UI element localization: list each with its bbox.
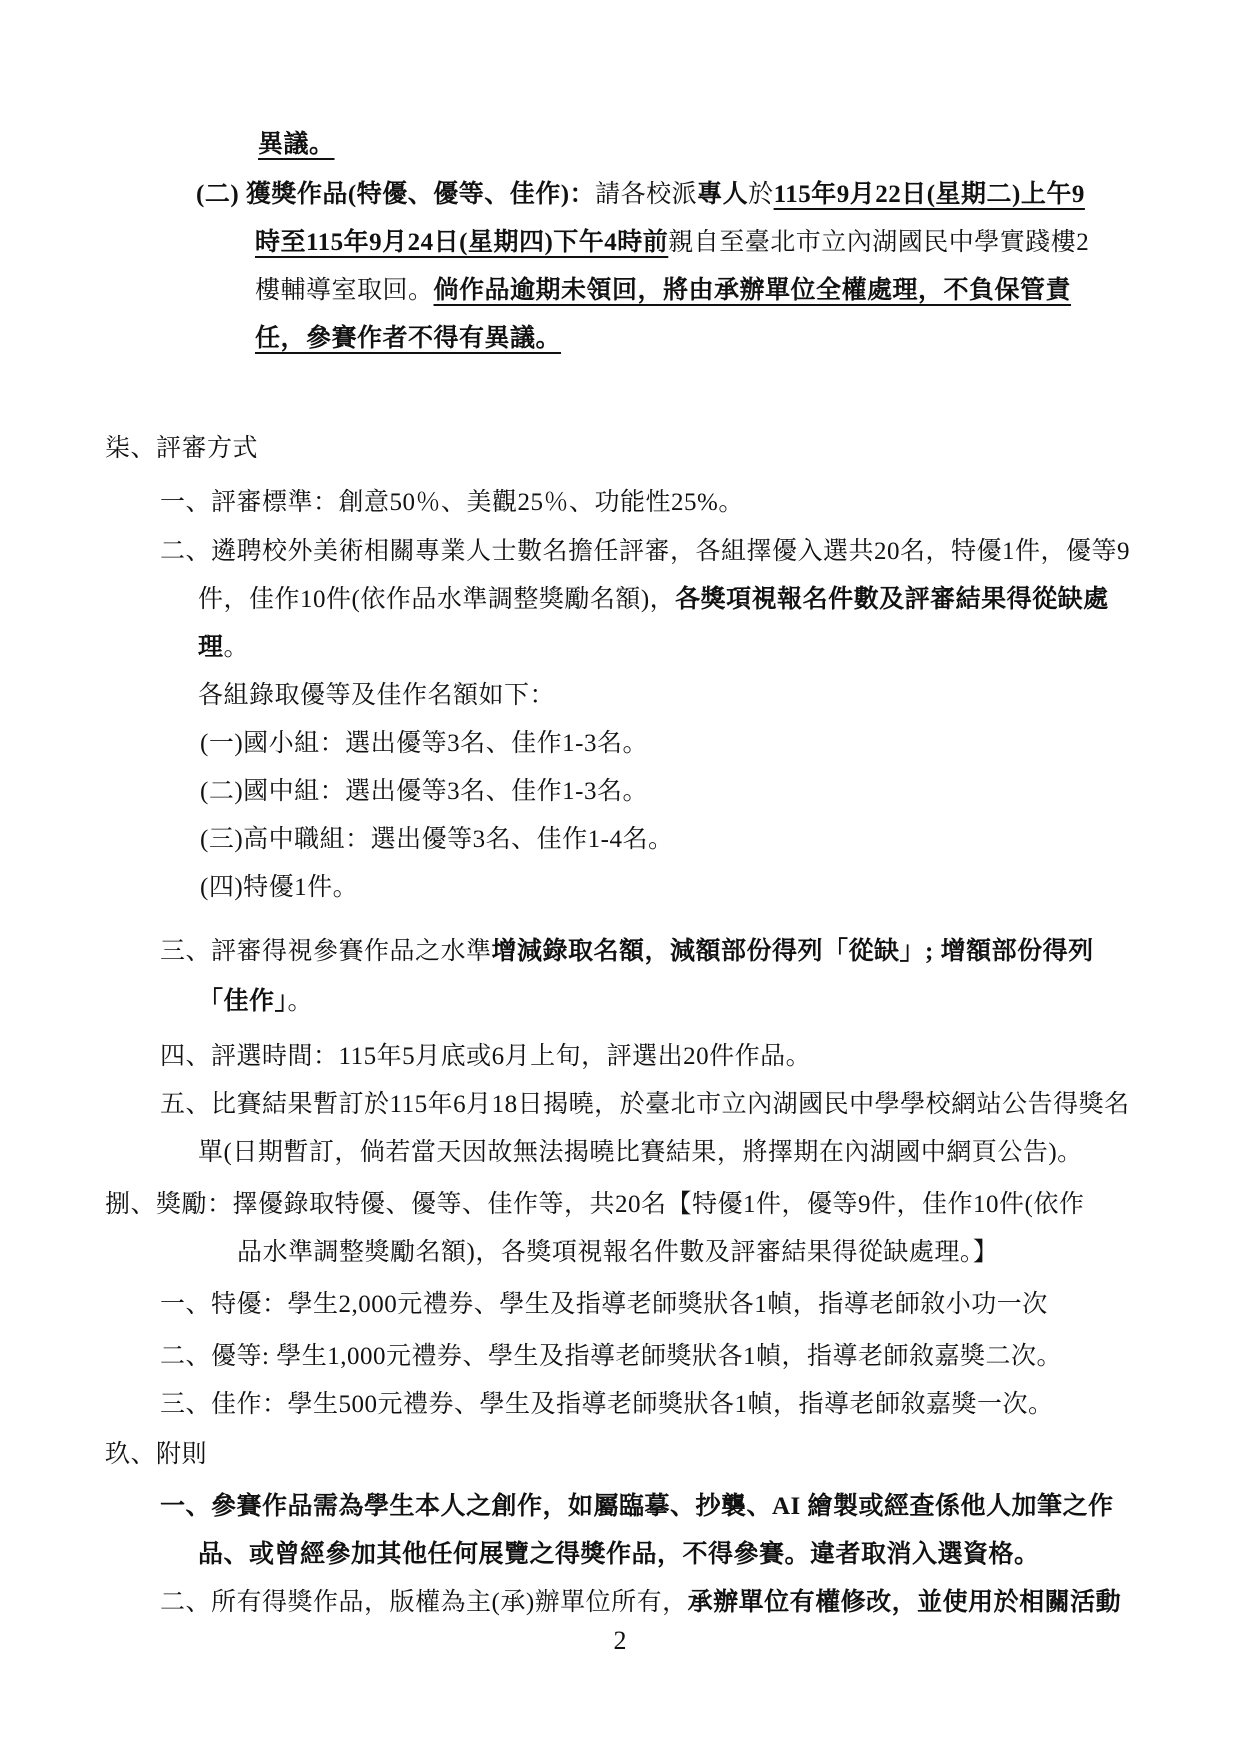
text-segment: 四、評選時間：115年5月底或6月上旬，評選出20件作品。	[160, 1043, 811, 1070]
text-segment: 件，佳作10件(依作品水準調整獎勵名額)，	[198, 586, 675, 613]
line-rule-original-1: 一、參賽作品需為學生本人之創作，如屬臨摹、抄襲、AI 繪製或經查係他人加筆之作	[160, 1490, 1114, 1523]
line-item2-awarded-works-3: 樓輔導室取回。倘作品逾期未領回，將由承辦單位全權處理，不負保管責	[255, 274, 1071, 307]
text-segment: 。	[224, 634, 250, 661]
line-quota-intro: 各組錄取優等及佳作名額如下：	[198, 679, 555, 712]
text-segment: 115年9月22日(星期二)上午9	[774, 181, 1085, 208]
section-7-title: 柒、評審方式	[105, 432, 258, 465]
text-segment: 樓輔導室取回。	[255, 277, 434, 304]
line-item2-awarded-works-4: 任，參賽作者不得有異議。	[255, 322, 561, 355]
text-segment: 一、評審標準：創意50％、美觀25％、功能性25%。	[160, 489, 744, 516]
section-8-title-awards-1: 捌、獎勵：擇優錄取特優、優等、佳作等，共20名【特優1件，優等9件，佳作10件(…	[105, 1188, 1084, 1221]
section-9-title: 玖、附則	[105, 1438, 207, 1471]
text-segment: 親自至臺北市立內湖國民中學實踐樓2	[668, 229, 1089, 256]
text-segment: 二、遴聘校外美術相關專業人士數名擔任評審，各組擇優入選共20名，特優1件，優等9	[160, 538, 1130, 565]
line-adjust-quota-2: 「佳作」。	[198, 985, 313, 1018]
text-segment: 五、比賽結果暫訂於115年6月18日揭曉，於臺北市立內湖國民中學學校網站公告得獎…	[160, 1091, 1130, 1118]
line-adjust-quota-1: 三、評審得視參賽作品之水準增減錄取名額，減額部份得列「從缺」; 增額部份得列	[160, 935, 1094, 968]
text-segment: (四)特優1件。	[200, 874, 358, 901]
text-segment: 三、評審得視參賽作品之水準	[160, 938, 492, 965]
line-quota-elementary: (一)國小組：選出優等3名、佳作1-3名。	[200, 727, 648, 760]
text-segment: 單(日期暫訂，倘若當天因故無法揭曉比賽結果，將擇期在內湖國中網頁公告)。	[198, 1139, 1083, 1166]
text-segment: 柒、評審方式	[105, 435, 258, 462]
line-quota-special: (四)特優1件。	[200, 871, 358, 904]
line-quota-senior: (三)高中職組：選出優等3名、佳作1-4名。	[200, 823, 673, 856]
line-award-special: 一、特優：學生2,000元禮券、學生及指導老師獎狀各1幀，指導老師敘小功一次	[160, 1288, 1048, 1321]
text-segment: 各獎項視報名件數及評審結果得從缺處	[675, 586, 1109, 613]
text-segment: 請各校派	[595, 181, 697, 208]
line-objection-continuation: 異議。	[258, 128, 335, 161]
text-segment: 倘作品逾期未領回，將由承辦單位全權處理，不負保管責	[434, 277, 1072, 304]
line-judges-3: 理。	[198, 631, 249, 664]
text-segment: 捌、獎勵：擇優錄取特優、優等、佳作等，共20名【特優1件，優等9件，佳作10件(…	[105, 1191, 1084, 1218]
text-segment: 品水準調整獎勵名額)，各獎項視報名件數及評審結果得從缺處理。】	[237, 1239, 998, 1266]
text-segment: 於	[748, 181, 774, 208]
line-rule-original-2: 品、或曾經參加其他任何展覽之得獎作品，不得參賽。違者取消入選資格。	[198, 1538, 1040, 1571]
text-segment: 一、參賽作品需為學生本人之創作，如屬臨摹、抄襲、AI 繪製或經查係他人加筆之作	[160, 1493, 1114, 1520]
line-award-excellent: 二、優等: 學生1,000元禮券、學生及指導老師獎狀各1幀，指導老師敘嘉獎二次。	[160, 1340, 1062, 1373]
page-number: 2	[0, 1626, 1240, 1656]
document-page: 異議。(二) 獲獎作品(特優、優等、佳作)：請各校派專人於115年9月22日(星…	[0, 0, 1240, 1755]
text-segment: 一、特優：學生2,000元禮券、學生及指導老師獎狀各1幀，指導老師敘小功一次	[160, 1291, 1048, 1318]
text-segment: (三)高中職組：選出優等3名、佳作1-4名。	[200, 826, 673, 853]
text-segment: 玖、附則	[105, 1441, 207, 1468]
line-judging-criteria: 一、評審標準：創意50％、美觀25％、功能性25%。	[160, 486, 744, 519]
text-segment: 「佳作」	[198, 988, 288, 1015]
text-segment: 異議。	[258, 131, 335, 158]
text-segment: 二、所有得獎作品，版權為主(承)辦單位所有，	[160, 1589, 688, 1616]
line-item2-awarded-works-2: 時至115年9月24日(星期四)下午4時前親自至臺北市立內湖國民中學實踐樓2	[255, 226, 1089, 259]
line-judges-1: 二、遴聘校外美術相關專業人士數名擔任評審，各組擇優入選共20名，特優1件，優等9	[160, 535, 1130, 568]
text-segment: 三、佳作：學生500元禮券、學生及指導老師獎狀各1幀，指導老師敘嘉獎一次。	[160, 1391, 1054, 1418]
line-judges-2: 件，佳作10件(依作品水準調整獎勵名額)，各獎項視報名件數及評審結果得從缺處	[198, 583, 1109, 616]
text-segment: 各組錄取優等及佳作名額如下：	[198, 682, 555, 709]
line-result-announcement-1: 五、比賽結果暫訂於115年6月18日揭曉，於臺北市立內湖國民中學學校網站公告得獎…	[160, 1088, 1130, 1121]
text-segment: 專人	[697, 181, 748, 208]
line-result-announcement-2: 單(日期暫訂，倘若當天因故無法揭曉比賽結果，將擇期在內湖國中網頁公告)。	[198, 1136, 1083, 1169]
text-segment: 品、或曾經參加其他任何展覽之得獎作品，不得參賽。違者取消入選資格。	[198, 1541, 1040, 1568]
text-segment: (一)國小組：選出優等3名、佳作1-3名。	[200, 730, 648, 757]
line-award-honorable: 三、佳作：學生500元禮券、學生及指導老師獎狀各1幀，指導老師敘嘉獎一次。	[160, 1388, 1054, 1421]
text-segment: (二)國中組：選出優等3名、佳作1-3名。	[200, 778, 648, 805]
line-item2-awarded-works-1: (二) 獲獎作品(特優、優等、佳作)：請各校派專人於115年9月22日(星期二)…	[196, 178, 1085, 211]
text-segment: 。	[288, 988, 314, 1015]
text-segment: 承辦單位有權修改，並使用於相關活動	[688, 1589, 1122, 1616]
text-segment: 任，參賽作者不得有異議。	[255, 325, 561, 352]
text-segment: 理	[198, 634, 224, 661]
line-quota-junior: (二)國中組：選出優等3名、佳作1-3名。	[200, 775, 648, 808]
text-segment: 二、優等: 學生1,000元禮券、學生及指導老師獎狀各1幀，指導老師敘嘉獎二次。	[160, 1343, 1062, 1370]
text-segment: (二) 獲獎作品(特優、優等、佳作)：	[196, 181, 595, 208]
text-segment: 時至115年9月24日(星期四)下午4時前	[255, 229, 668, 256]
line-rule-copyright: 二、所有得獎作品，版權為主(承)辦單位所有，承辦單位有權修改，並使用於相關活動	[160, 1586, 1121, 1619]
text-segment: 增減錄取名額，減額部份得列「從缺」; 增額部份得列	[492, 938, 1094, 965]
line-judging-time: 四、評選時間：115年5月底或6月上旬，評選出20件作品。	[160, 1040, 811, 1073]
section-8-awards-2: 品水準調整獎勵名額)，各獎項視報名件數及評審結果得從缺處理。】	[237, 1236, 998, 1269]
